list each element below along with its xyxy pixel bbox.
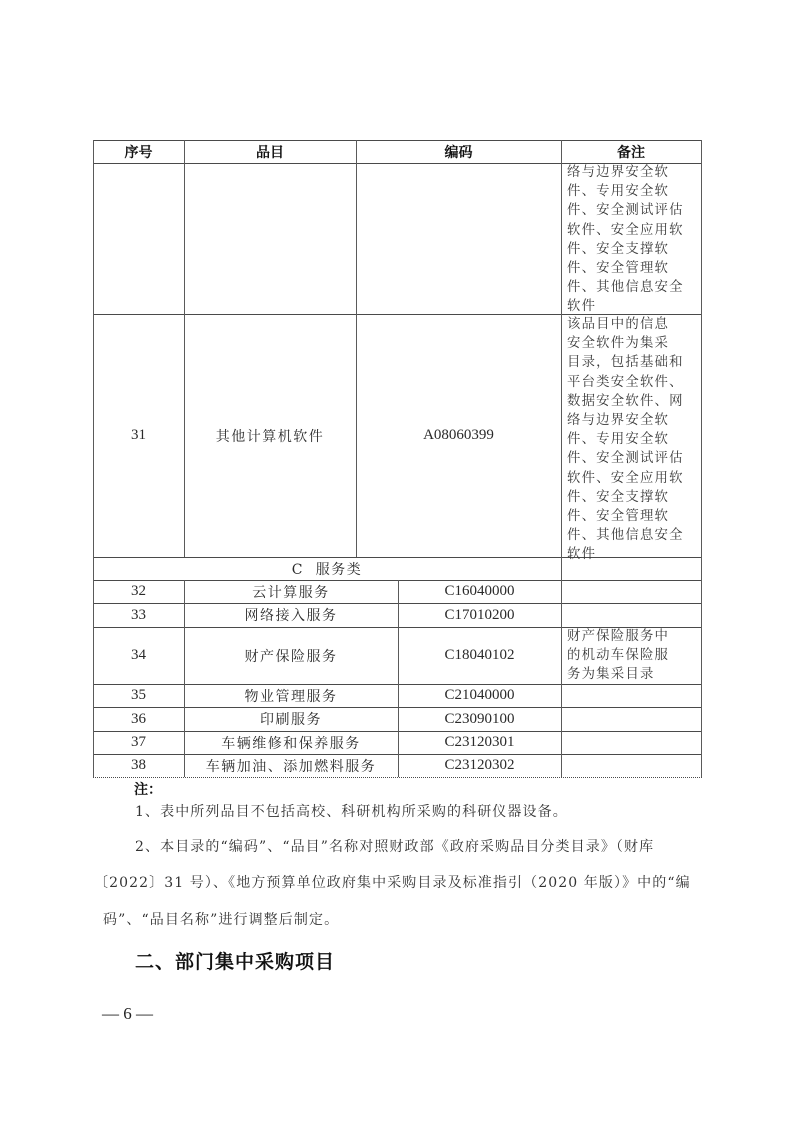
table-border <box>701 140 702 777</box>
row-38-index: 38 <box>93 754 184 777</box>
row-31-item: 其他计算机软件 <box>184 314 356 557</box>
header-index: 序号 <box>93 140 184 163</box>
page-number: — 6 — <box>102 1004 153 1024</box>
row-33-index: 33 <box>93 603 184 627</box>
row-33-code: C17010200 <box>398 603 561 627</box>
table-border <box>93 777 702 778</box>
table-border <box>561 140 562 777</box>
table-row-continued-note: 络与边界安全软 件、专用安全软 件、安全测试评估 软件、安全应用软 件、安全支撑… <box>563 163 701 317</box>
note-item-2-line-3: 码”、“品目名称”进行调整后制定。 <box>103 909 339 929</box>
header-item: 品目 <box>184 140 356 163</box>
row-35-item: 物业管理服务 <box>184 684 398 707</box>
row-34-item: 财产保险服务 <box>184 627 398 684</box>
row-35-code: C21040000 <box>398 684 561 707</box>
row-31-code: A08060399 <box>356 314 561 557</box>
note-item-1: 1、表中所列品目不包括高校、科研机构所采购的科研仪器设备。 <box>135 801 568 821</box>
notes-label: 注： <box>134 779 162 799</box>
note-item-2-line-1: 2、本目录的“编码”、“品目”名称对照财政部《政府采购品目分类目录》（财库 <box>135 836 654 856</box>
row-38-item: 车辆加油、添加燃料服务 <box>184 754 398 777</box>
row-34-note: 财产保险服务中 的机动车保险服 务为集采目录 <box>563 627 701 685</box>
row-38-code: C23120302 <box>398 754 561 777</box>
row-34-code: C18040102 <box>398 627 561 684</box>
row-36-code: C23090100 <box>398 707 561 731</box>
row-35-index: 35 <box>93 684 184 707</box>
row-37-index: 37 <box>93 731 184 754</box>
note-item-2-line-2: 〔2022〕31 号）、《地方预算单位政府集中采购目录及标准指引（2020 年版… <box>94 872 691 892</box>
row-33-item: 网络接入服务 <box>184 603 398 627</box>
header-note: 备注 <box>561 140 701 163</box>
row-36-index: 36 <box>93 707 184 731</box>
row-31-index: 31 <box>93 314 184 557</box>
row-37-item: 车辆维修和保养服务 <box>184 731 398 754</box>
row-32-index: 32 <box>93 580 184 603</box>
section-heading: 二、部门集中采购项目 <box>135 947 335 974</box>
row-32-code: C16040000 <box>398 580 561 603</box>
header-code: 编码 <box>356 140 561 163</box>
row-31-note: 该品目中的信息 安全软件为集采 目录，包括基础和 平台类安全软件、 数据安全软件… <box>563 315 701 565</box>
row-37-code: C23120301 <box>398 731 561 754</box>
row-36-item: 印刷服务 <box>184 707 398 731</box>
row-34-index: 34 <box>93 627 184 684</box>
row-32-item: 云计算服务 <box>184 580 398 603</box>
category-row-services: C 服务类 <box>93 557 561 580</box>
